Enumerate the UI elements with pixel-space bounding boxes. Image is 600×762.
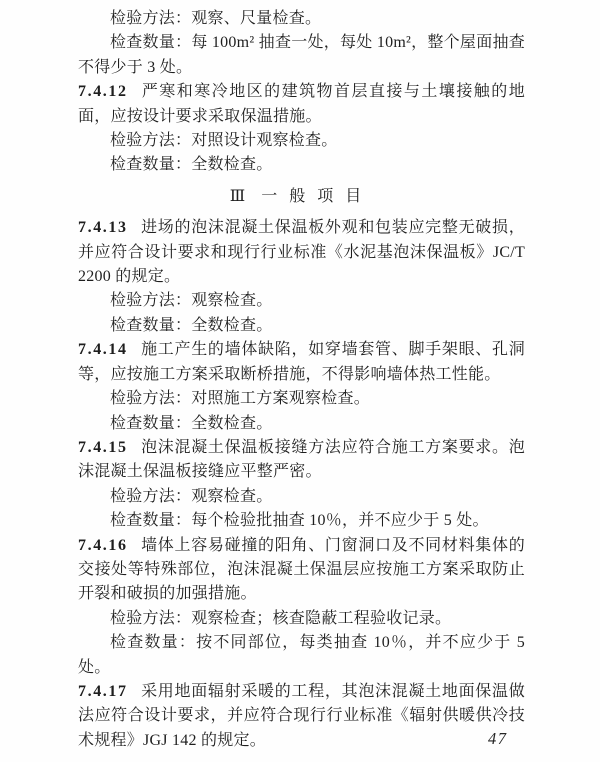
clause-text: 严寒和寒冷地区的建筑物首层直接与土壤接触的地面，应按设计要求采取保温措施。 <box>78 83 525 124</box>
clause-7-4-17: 7.4.17采用地面辐射采暖的工程，其泡沫混凝土地面保温做法应符合设计要求，并应… <box>78 680 525 753</box>
inspection-quantity-line: 检查数量：全数检查。 <box>78 153 525 177</box>
clause-text: 泡沫混凝土保温板接缝方法应符合施工方案要求。泡沫混凝土保温板接缝应平整严密。 <box>78 439 525 480</box>
inspection-quantity-line: 检查数量：全数检查。 <box>78 412 525 436</box>
clause-number: 7.4.12 <box>78 83 128 100</box>
section-heading-general-items: Ⅲ一般项目 <box>78 185 525 209</box>
clause-7-4-16: 7.4.16墙体上容易碰撞的阳角、门窗洞口及不同材料集体的交接处等特殊部位，泡沫… <box>78 534 525 607</box>
inspection-method-line: 检验方法：观察、尺量检查。 <box>78 7 525 31</box>
clause-7-4-12: 7.4.12严寒和寒冷地区的建筑物首层直接与土壤接触的地面，应按设计要求采取保温… <box>78 80 525 129</box>
clause-number: 7.4.13 <box>78 219 128 236</box>
clause-7-4-15: 7.4.15泡沫混凝土保温板接缝方法应符合施工方案要求。泡沫混凝土保温板接缝应平… <box>78 436 525 485</box>
clause-number: 7.4.17 <box>78 683 128 700</box>
clause-text: 进场的泡沫混凝土保温板外观和包装应完整无破损，并应符合设计要求和现行行业标准《水… <box>78 219 525 285</box>
inspection-quantity-line: 检查数量：每 100m² 抽查一处，每处 10m²，整个屋面抽查不得少于 3 处… <box>78 31 525 80</box>
inspection-method-line: 检验方法：观察检查。 <box>78 289 525 313</box>
inspection-quantity-line: 检查数量：按不同部位，每类抽查 10％，并不应少于 5 处。 <box>78 631 525 680</box>
clause-number: 7.4.14 <box>78 341 128 358</box>
inspection-method-line: 检验方法：对照设计观察检查。 <box>78 129 525 153</box>
page-number: 47 <box>488 729 508 749</box>
document-body: 检验方法：观察、尺量检查。 检查数量：每 100m² 抽查一处，每处 10m²，… <box>78 7 525 753</box>
section-numeral: Ⅲ <box>230 188 245 205</box>
clause-7-4-13: 7.4.13进场的泡沫混凝土保温板外观和包装应完整无破损，并应符合设计要求和现行… <box>78 216 525 289</box>
clause-text: 墙体上容易碰撞的阳角、门窗洞口及不同材料集体的交接处等特殊部位，泡沫混凝土保温层… <box>78 537 525 603</box>
clause-text: 采用地面辐射采暖的工程，其泡沫混凝土地面保温做法应符合设计要求，并应符合现行行业… <box>78 683 525 749</box>
inspection-method-line: 检验方法：观察检查。 <box>78 485 525 509</box>
inspection-method-line: 检验方法：观察检查；核查隐蔽工程验收记录。 <box>78 607 525 631</box>
clause-7-4-14: 7.4.14施工产生的墙体缺陷，如穿墙套管、脚手架眼、孔洞等，应按施工方案采取断… <box>78 338 525 387</box>
inspection-quantity-line: 检查数量：全数检查。 <box>78 314 525 338</box>
inspection-quantity-line: 检查数量：每个检验批抽查 10％，并不应少于 5 处。 <box>78 509 525 533</box>
clause-text: 施工产生的墙体缺陷，如穿墙套管、脚手架眼、孔洞等，应按施工方案采取断桥措施，不得… <box>78 341 525 382</box>
clause-number: 7.4.16 <box>78 537 128 554</box>
clause-number: 7.4.15 <box>78 439 128 456</box>
section-title: 一般项目 <box>261 188 373 205</box>
inspection-method-line: 检验方法：对照施工方案观察检查。 <box>78 387 525 411</box>
